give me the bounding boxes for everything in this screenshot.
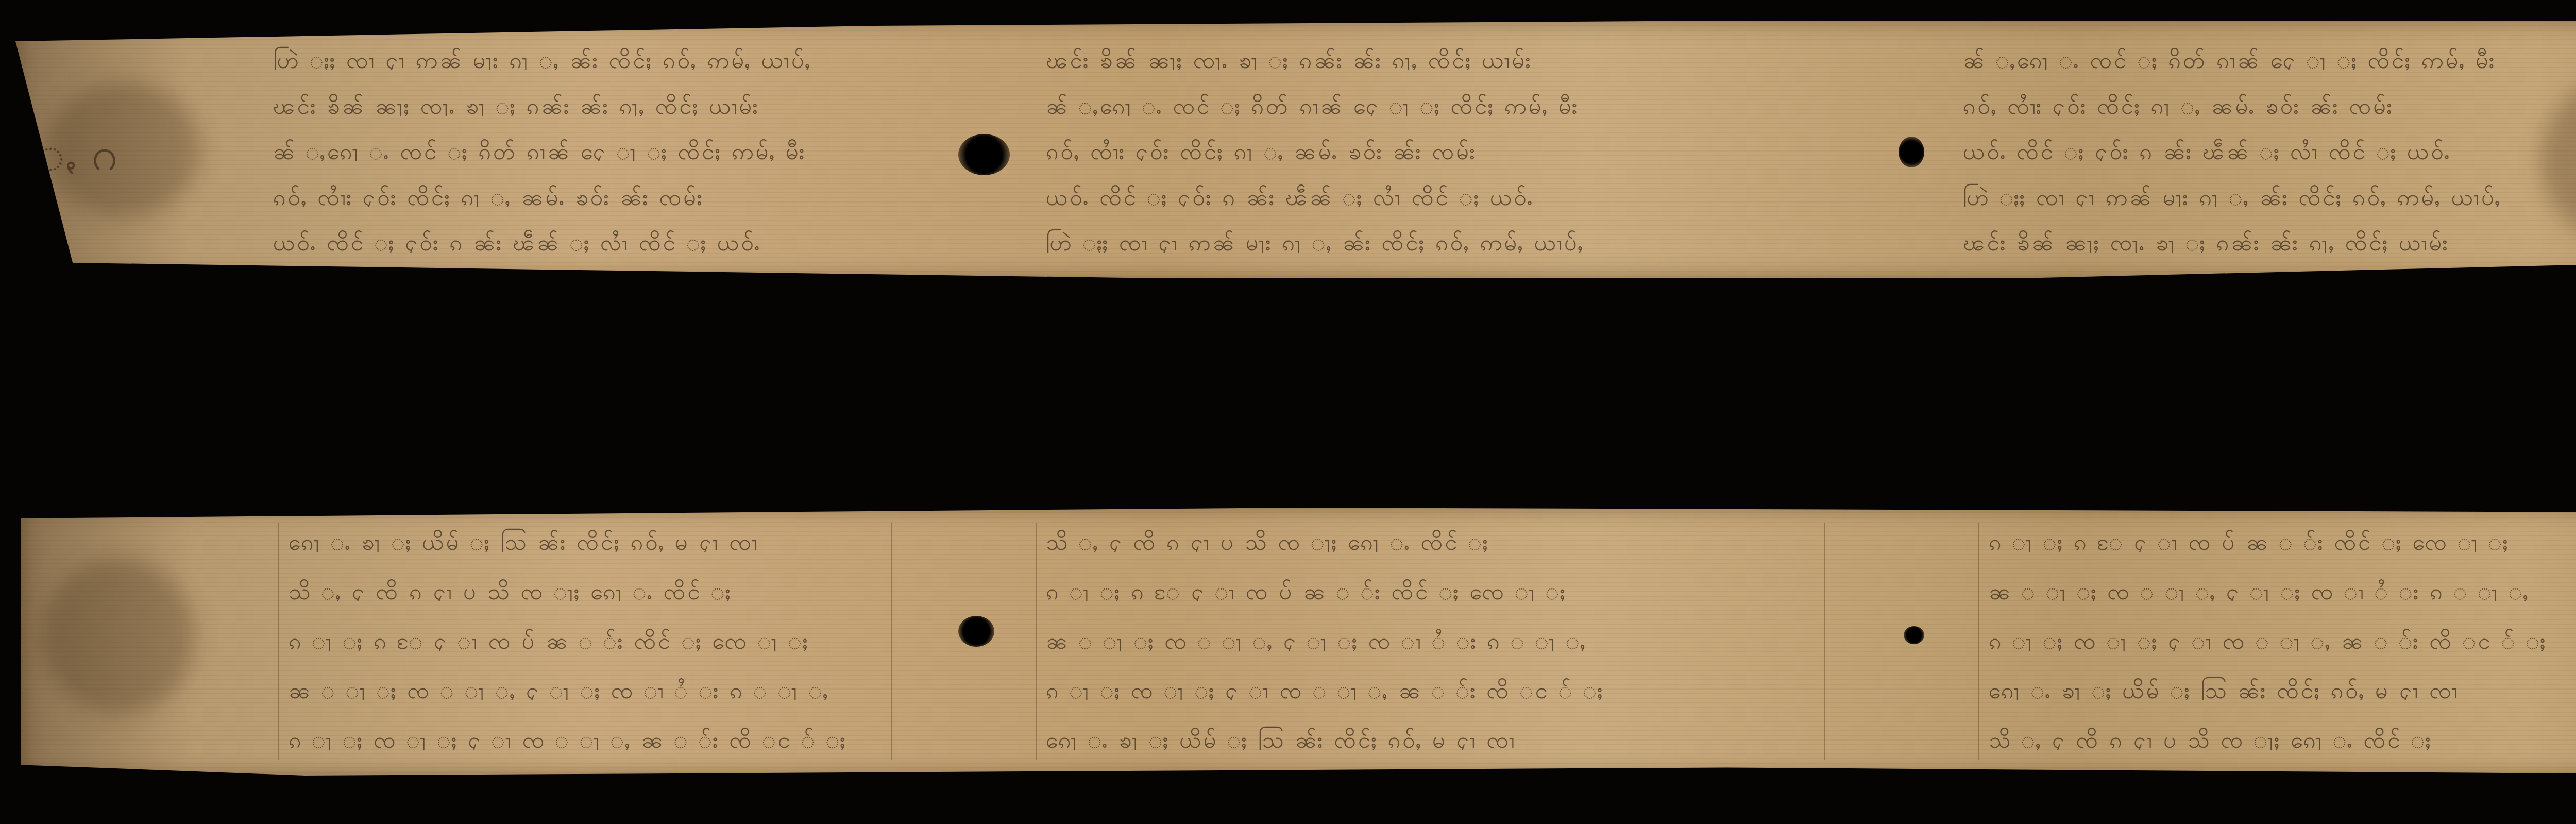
script-line: ၵ ႃ ႈ ၵ ႄ ႁ ၢ ၸ ပ် ၼ ႂ ်း ၸိုင် ႈ ၸေ ႃ ႈ bbox=[1046, 578, 1819, 601]
script-line: ၵဝ်ႇ ၸၢႆး ႁဝ်း ၸိုင်ႈ ၵႂႃ ႇ ၼမ်ႉ ၶူဝ်း ၼ… bbox=[1046, 138, 1870, 161]
text-column-left: ၵေႃ ႉ ၶႃ ႈ ယိုမ် ႈ သြ ၼ်း ၸိုင်ႈ ၵဝ်ႇ မူ… bbox=[289, 528, 886, 750]
script-line: ၵေႃ ႉ ၶႃ ႈ ယိုမ် ႈ သြ ၼ်း ၸိုင်ႈ ၵဝ်ႇ မူ… bbox=[1046, 726, 1819, 750]
ruling-line bbox=[278, 523, 279, 760]
script-line: ၵ ႃ ႈ ၸ ႃ ႈ ႁ ၢ ၸ ႂ ႃ ႇ ၼ ႂ ်း ၸိ ုင ် ႈ bbox=[1046, 677, 1819, 700]
text-column-middle: ၽွင်း ၶိုၼ် ၼႃႈ ၸႃႉ ၶႃ ႈ ၵူၼ်း ၼႂ်း ၵႃႇ … bbox=[1046, 46, 1870, 253]
script-line: ယဝ်ႉ ၸိုင် ႈ ႁဝ်း ၵူ ၼ်း ၽဵၼ် ႈ လၢႆ ၸိုင… bbox=[273, 229, 943, 253]
script-line: ၼ ႂ ႃ ႈ ၸ ႂ ႃ ႇ ႁ ႃ ႈ ၸ ၢ ႆ း ၵ ႂ ႃ ႇ bbox=[1989, 578, 2576, 601]
text-column-middle: သိ ႇ ႁွ ၸိူ ၵ ႁၢ ပု သိ ၸ ႃႈ ၵေႃ ႉ ၸိုင် … bbox=[1046, 528, 1819, 750]
manuscript-leaf-top: ꩻ ဂ ဟြဲ ႏႈ ၸၢ ႁၢ ဢၼ် မႃး ၵႂႃ ႇ ၼႂ်း ၸိုင… bbox=[15, 21, 2576, 278]
ruling-line bbox=[1978, 523, 1979, 760]
script-line: ၽွင်း ၶိုၼ် ၼႃႈ ၸႃႉ ၶႃ ႈ ၵူၼ်း ၼႂ်း ၵႃႇ … bbox=[1963, 229, 2576, 253]
script-line: ၽွင်း ၶိုၼ် ၼႃႈ ၸႃႉ ၶႃ ႈ ၵူၼ်း ၼႂ်း ၵႃႇ … bbox=[273, 92, 943, 116]
script-line: ၵ ႃ ႈ ၸ ႃ ႈ ႁ ၢ ၸ ႂ ႃ ႇ ၼ ႂ ်း ၸိ ုင ် ႈ bbox=[1989, 627, 2576, 651]
script-line: ၵေႃ ႉ ၶႃ ႈ ယိုမ် ႈ သြ ၼ်း ၸိုင်ႈ ၵဝ်ႇ မူ… bbox=[289, 528, 886, 552]
script-line: ၵ ႃ ႈ ၵ ႄ ႁ ၢ ၸ ပ် ၼ ႂ ်း ၸိုင် ႈ ၸေ ႃ ႈ bbox=[289, 627, 886, 651]
age-stain bbox=[41, 559, 196, 714]
script-line: ၵ ႃ ႈ ၵ ႄ ႁ ၢ ၸ ပ် ၼ ႂ ်း ၸိုင် ႈ ၸေ ႃ ႈ bbox=[1989, 528, 2576, 552]
script-line: ၼ ႂ ႃ ႈ ၸ ႂ ႃ ႇ ႁ ႃ ႈ ၸ ၢ ႆ း ၵ ႂ ႃ ႇ bbox=[289, 677, 886, 700]
binding-hole bbox=[1904, 626, 1924, 644]
binding-hole bbox=[1899, 137, 1924, 167]
script-line: ၼႂ် ႇၵေႃ ႉ ၸင် ႈ ၵိုတ် ၵၢၼ် ႁေ ႃ ႈ ၸိုင်… bbox=[1963, 46, 2576, 70]
script-line: ၼ ႂ ႃ ႈ ၸ ႂ ႃ ႇ ႁ ႃ ႈ ၸ ၢ ႆ း ၵ ႂ ႃ ႇ bbox=[1046, 627, 1819, 651]
script-line: သိ ႇ ႁွ ၸိူ ၵ ႁၢ ပု သိ ၸ ႃႈ ၵေႃ ႉ ၸိုင် … bbox=[1046, 528, 1819, 552]
script-line: ၵေႃ ႉ ၶႃ ႈ ယိုမ် ႈ သြ ၼ်း ၸိုင်ႈ ၵဝ်ႇ မူ… bbox=[1989, 677, 2576, 700]
binding-hole bbox=[958, 616, 994, 647]
script-line: ၵဝ်ႇ ၸၢႆး ႁဝ်း ၸိုင်ႈ ၵႂႃ ႇ ၼမ်ႉ ၶူဝ်း ၼ… bbox=[1963, 92, 2576, 116]
text-column-right: ၵ ႃ ႈ ၵ ႄ ႁ ၢ ၸ ပ် ၼ ႂ ်း ၸိုင် ႈ ၸေ ႃ ႈ… bbox=[1989, 528, 2576, 750]
script-line: ဟြဲ ႏႈ ၸၢ ႁၢ ဢၼ် မႃး ၵႂႃ ႇ ၼႂ်း ၸိုင်ႈ ၵ… bbox=[1046, 229, 1870, 253]
binding-hole bbox=[958, 134, 1010, 175]
manuscript-leaf-bottom: ၵေႃ ႉ ၶႃ ႈ ယိုမ် ႈ သြ ၼ်း ၸိုင်ႈ ၵဝ်ႇ မူ… bbox=[21, 508, 2576, 776]
script-line: ယဝ်ႉ ၸိုင် ႈ ႁဝ်း ၵူ ၼ်း ၽဵၼ် ႈ လၢႆ ၸိုင… bbox=[1046, 183, 1870, 207]
margin-glyph: ꩻ ဂ bbox=[36, 124, 118, 192]
script-line: ဟြဲ ႏႈ ၸၢ ႁၢ ဢၼ် မႃး ၵႂႃ ႇ ၼႂ်း ၸိုင်ႈ ၵ… bbox=[1963, 183, 2576, 207]
ruling-line bbox=[1036, 523, 1037, 760]
script-line: သိ ႇ ႁွ ၸိူ ၵ ႁၢ ပု သိ ၸ ႃႈ ၵေႃ ႉ ၸိုင် … bbox=[1989, 726, 2576, 750]
script-line: ၼႂ် ႇၵေႃ ႉ ၸင် ႈ ၵိုတ် ၵၢၼ် ႁေ ႃ ႈ ၸိုင်… bbox=[273, 138, 943, 161]
script-line: ၼႂ် ႇၵေႃ ႉ ၸင် ႈ ၵိုတ် ၵၢၼ် ႁေ ႃ ႈ ၸိုင်… bbox=[1046, 92, 1870, 116]
script-line: သိ ႇ ႁွ ၸိူ ၵ ႁၢ ပု သိ ၸ ႃႈ ၵေႃ ႉ ၸိုင် … bbox=[289, 578, 886, 601]
text-column-right: ၼႂ် ႇၵေႃ ႉ ၸင် ႈ ၵိုတ် ၵၢၼ် ႁေ ႃ ႈ ၸိုင်… bbox=[1963, 46, 2576, 253]
script-line: ၽွင်း ၶိုၼ် ၼႃႈ ၸႃႉ ၶႃ ႈ ၵူၼ်း ၼႂ်း ၵႃႇ … bbox=[1046, 46, 1870, 70]
script-line: ၵ ႃ ႈ ၸ ႃ ႈ ႁ ၢ ၸ ႂ ႃ ႇ ၼ ႂ ်း ၸိ ုင ် ႈ bbox=[289, 726, 886, 750]
script-line: ယဝ်ႉ ၸိုင် ႈ ႁဝ်း ၵူ ၼ်း ၽဵၼ် ႈ လၢႆ ၸိုင… bbox=[1963, 138, 2576, 161]
text-column-left: ဟြဲ ႏႈ ၸၢ ႁၢ ဢၼ် မႃး ၵႂႃ ႇ ၼႂ်း ၸိုင်ႈ ၵ… bbox=[273, 46, 943, 253]
script-line: ဟြဲ ႏႈ ၸၢ ႁၢ ဢၼ် မႃး ၵႂႃ ႇ ၼႂ်း ၸိုင်ႈ ၵ… bbox=[273, 46, 943, 70]
ruling-line bbox=[891, 523, 892, 760]
script-line: ၵဝ်ႇ ၸၢႆး ႁဝ်း ၸိုင်ႈ ၵႂႃ ႇ ၼမ်ႉ ၶူဝ်း ၼ… bbox=[273, 183, 943, 207]
ruling-line bbox=[1824, 523, 1825, 760]
